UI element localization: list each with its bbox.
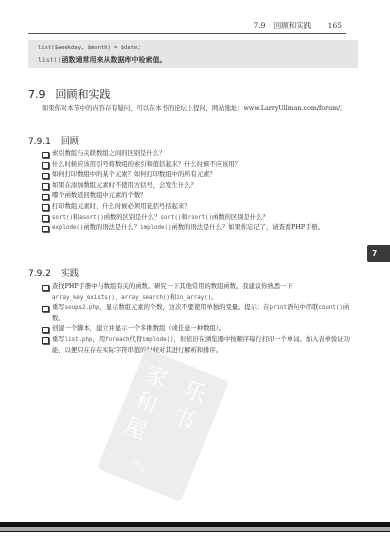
- watermark-glyphs: 家 乐 和 书 屋: [120, 361, 216, 465]
- inline-code: print: [270, 305, 287, 311]
- list-item: 重写soups2.php，显示数组元素的个数，这次不要使用单独的变量。提示：在p…: [42, 303, 357, 324]
- checkbox-bullet-icon: [42, 194, 49, 201]
- inline-code: sort(): [52, 215, 73, 221]
- watermark-label: PDG: [130, 458, 147, 474]
- item-text: ，用: [93, 336, 106, 343]
- list-item: 索引数组与关联数组之间的区别是什么？: [42, 149, 357, 160]
- item-text: 函数的语法是什么？如果你忘记了，请查看PHP手册。: [172, 224, 325, 231]
- inline-code: foreach: [105, 337, 129, 343]
- section-heading-7-9-1: 7.9.1回顾: [28, 134, 79, 147]
- list-item: 查找PHP手册中与数组有关的函数。研究一下其他常用的数组函数。我建议你熟悉一下a…: [42, 282, 357, 303]
- item-text: 如何打印数组中的某个元素？如何打印数组中的所有元素？: [52, 171, 216, 178]
- checkbox-bullet-icon: [42, 152, 49, 159]
- item-text: 索引数组与关联数组之间的区别是什么？: [52, 150, 165, 157]
- section-number: 7.9: [28, 88, 46, 101]
- note-text-body: 函数通常用来从数据库中检索值。: [61, 55, 166, 64]
- inline-code: implode(): [140, 225, 171, 231]
- checkbox-bullet-icon: [42, 173, 49, 180]
- item-text: 打印数组元素时，什么时候必须用花括号括起来？: [52, 203, 191, 210]
- inline-code: sort(): [160, 215, 181, 221]
- intro-paragraph: 如果你对本节中的内容存有疑问，可以在本书的论坛上提问，网站地址：www.Larr…: [28, 103, 358, 114]
- list-item: 创建一个脚本，建立并显示一个多维数组（或任意一种数组）。: [42, 324, 357, 335]
- section-heading-7-9-2: 7.9.2实践: [28, 266, 79, 279]
- list-item: 如何打印数组中的某个元素？如何打印数组中的所有元素？: [42, 170, 357, 181]
- item-text: 创建一个脚本，建立并显示一个多维数组（或任意一种数组）。: [52, 325, 225, 332]
- inline-code: in_array(): [176, 295, 211, 301]
- checkbox-bullet-icon: [42, 183, 49, 190]
- footer-bar-line: [0, 531, 390, 532]
- item-text: 语句中串联: [287, 304, 318, 311]
- watermark-stamp: 家 乐 和 书 屋 PDG: [97, 348, 229, 502]
- note-box: list($weekday, $month) = $date; list()函数…: [28, 40, 358, 68]
- chapter-tab: 7: [367, 245, 390, 262]
- inline-code: explode(): [52, 225, 83, 231]
- item-text: ，显示数组元素的个数，这次不要使用单独的变量。提示：在: [100, 304, 270, 311]
- item-text: 。: [211, 294, 217, 301]
- note-code: list($weekday, $month) = $date;: [38, 45, 141, 51]
- subsection-title: 回顾: [61, 137, 79, 147]
- inline-code: list.php: [65, 337, 93, 343]
- note-text-code: list(): [38, 56, 61, 64]
- list-item: 什么时候应该用引号将数组的索引和值括起来？什么时候不应该用？: [42, 160, 357, 171]
- section-heading-7-9: 7.9回顾和实践: [28, 86, 111, 102]
- list-item: 如果在添加数组元素时不使用方括号，会发生什么？: [42, 181, 357, 192]
- list-item: explode()函数的语法是什么？implode()函数的语法是什么？如果你忘…: [42, 223, 357, 234]
- inline-code: asort(): [79, 215, 103, 221]
- item-text: 重写: [52, 336, 65, 343]
- checkbox-bullet-icon: [42, 215, 49, 222]
- item-text: 哪个函数返回数组中元素的个数？: [52, 192, 146, 199]
- subsection-number: 7.9.1: [28, 137, 51, 147]
- item-text: 函数的区别是什么？: [104, 214, 161, 221]
- item-text: 什么时候应该用引号将数组的索引和值括起来？什么时候不应该用？: [52, 161, 241, 168]
- item-text: 重写: [52, 304, 65, 311]
- page-number: 165: [328, 21, 342, 30]
- checkbox-bullet-icon: [42, 337, 49, 344]
- inline-code: rsort(): [188, 215, 212, 221]
- header-section-title: 回顾和实践: [274, 21, 312, 30]
- inline-code: array_search(): [121, 295, 170, 301]
- subsection-title: 实践: [61, 269, 79, 279]
- item-text: 查找PHP手册中与数组有关的函数。研究一下其他常用的数组函数。我建议你熟悉一下: [52, 283, 293, 290]
- review-question-list: 索引数组与关联数组之间的区别是什么？什么时候应该用引号将数组的索引和值括起来？什…: [42, 149, 357, 234]
- checkbox-bullet-icon: [42, 327, 49, 334]
- item-text: 如果在添加数组元素时不使用方括号，会发生什么？: [52, 182, 197, 189]
- subsection-number: 7.9.2: [28, 269, 51, 279]
- item-text: 代替: [130, 336, 143, 343]
- inline-code: count(): [318, 305, 342, 311]
- inline-code: soups2.php: [65, 305, 100, 311]
- section-title: 回顾和实践: [56, 88, 111, 101]
- header-section-number: 7.9: [253, 21, 265, 30]
- item-text: 函数的区别是什么？: [212, 214, 269, 221]
- running-header-text: 7.9 回顾和实践 165: [253, 20, 342, 31]
- item-text: 函数的语法是什么？: [83, 224, 140, 231]
- checkbox-bullet-icon: [42, 285, 49, 292]
- checkbox-bullet-icon: [42, 162, 49, 169]
- list-item: 哪个函数返回数组中元素的个数？: [42, 191, 357, 202]
- inline-code: implode(): [142, 337, 173, 343]
- checkbox-bullet-icon: [42, 204, 49, 211]
- list-item: sort()和asort()函数的区别是什么？sort()和rsort()函数的…: [42, 213, 357, 224]
- practice-task-list: 查找PHP手册中与数组有关的函数。研究一下其他常用的数组函数。我建议你熟悉一下a…: [42, 282, 357, 356]
- inline-code: array_key_exists(): [52, 295, 115, 301]
- checkbox-bullet-icon: [42, 226, 49, 233]
- note-text: list()函数通常用来从数据库中检索值。: [38, 55, 166, 65]
- checkbox-bullet-icon: [42, 306, 49, 313]
- list-item: 打印数组元素时，什么时候必须用花括号括起来？: [42, 202, 357, 213]
- list-item: 重写list.php，用foreach代替implode()，但依旧在浏览器中按…: [42, 335, 357, 356]
- running-header: 7.9 回顾和实践 165: [28, 0, 346, 34]
